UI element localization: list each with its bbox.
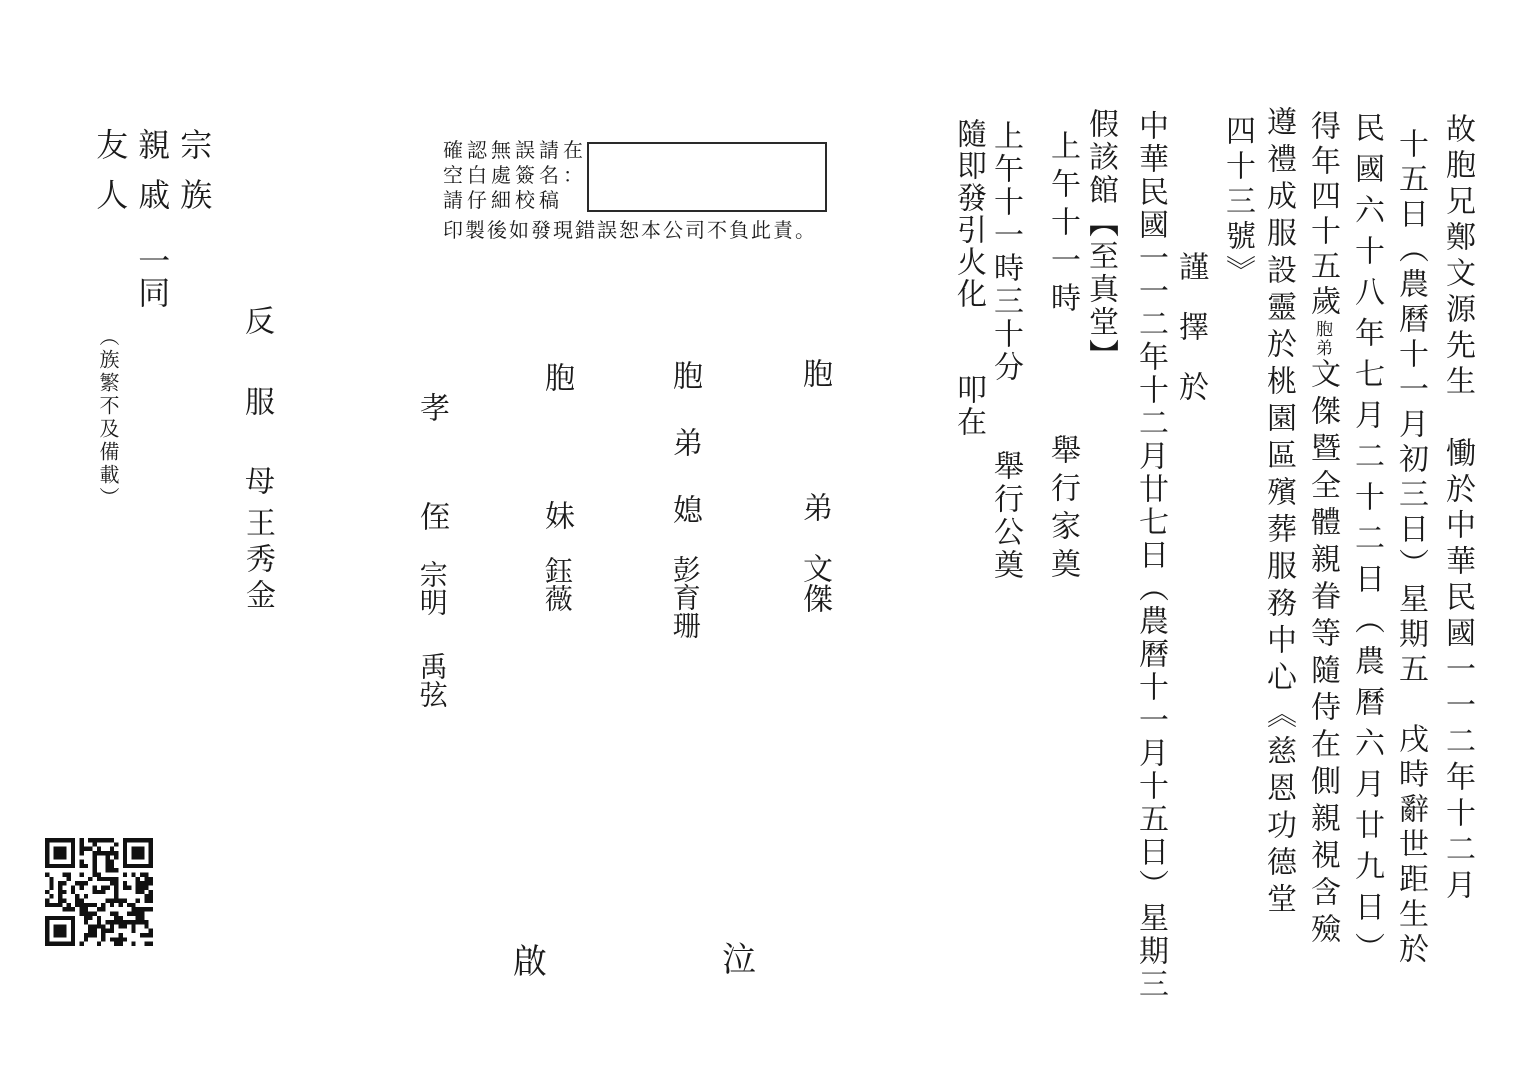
mourner-brother-wife-relation: 弟 — [668, 427, 701, 457]
obituary-line-2: 十五日（農曆十一月初三日）星期五 戌時辭世距生於 — [1394, 128, 1427, 968]
relatives-clan: 宗族 — [176, 128, 211, 228]
obituary-line-4-lead: 得年四十五歲 — [1305, 110, 1340, 320]
mourner-brother-wife-name: 彭育珊 — [669, 555, 700, 639]
obituary-line-9: 假該館【至真堂】 — [1084, 108, 1117, 372]
obituary-line-3: 民國六十八年七月二十二日（農曆六月廿九日） — [1350, 112, 1383, 973]
obituary-line-11: 上午十一時三十分 舉行公奠 — [989, 120, 1022, 582]
relatives-kin: 親戚 — [134, 128, 169, 228]
relatives-friends: 友人 — [92, 128, 127, 228]
mourner-brother-prefix: 胞 — [798, 358, 831, 388]
mourner-nephews-relation: 侄 — [415, 501, 448, 531]
obituary-line-4: 得年四十五歲胞弟文傑暨全體親眷等隨侍在側親視含殮 — [1306, 110, 1339, 950]
obituary-line-4-annotation: 胞弟 — [1312, 320, 1332, 358]
mourner-sister-name: 鈺薇 — [541, 556, 572, 612]
mourner-nephews-prefix: 孝 — [415, 392, 448, 422]
mourner-brother-name: 文傑 — [798, 553, 831, 613]
proof-note-disclaimer: 印製後如發現錯誤恕本公司不負此責。 — [443, 218, 817, 243]
obituary-line-12: 隨即發引火化 叩在 — [952, 118, 985, 438]
closing-weep: 泣 — [722, 932, 756, 981]
mourner-mother-relation2: 母 — [240, 465, 273, 495]
mourner-nephew-name-1: 宗明 — [416, 560, 447, 616]
obituary-line-6: 四十三號》 — [1221, 115, 1254, 290]
funeral-notice-sheet: 故胞兄鄭文源先生 慟於中華民國一一二年十二月 十五日（農曆十一月初三日）星期五 … — [0, 0, 1522, 1076]
signature-box[interactable] — [587, 142, 827, 212]
obituary-line-7: 謹 擇 於 — [1174, 251, 1207, 401]
mourner-sister-relation: 妹 — [540, 500, 573, 530]
mourner-sister-prefix: 胞 — [540, 362, 573, 392]
mourner-brother-wife-relation2: 媳 — [668, 494, 701, 524]
obituary-line-8: 中華民國一一二年十二月廿七日（農曆十一月十五日）星期三 — [1134, 110, 1167, 1001]
obituary-line-4-rest: 文傑暨全體親眷等隨侍在側親視含殮 — [1305, 358, 1340, 950]
closing-announce: 啟 — [513, 934, 547, 983]
qr-code — [45, 838, 153, 946]
relatives-together: 一同 — [134, 244, 169, 308]
mourner-brother-relation: 弟 — [798, 492, 831, 522]
mourner-mother-prefix: 反 — [240, 305, 273, 335]
mourner-mother-relation: 服 — [240, 386, 273, 416]
obituary-line-10: 上午十一時 舉行家奠 — [1046, 130, 1079, 586]
obituary-line-1: 故胞兄鄭文源先生 慟於中華民國一一二年十二月 — [1441, 113, 1474, 905]
mourner-brother-wife-prefix: 胞 — [668, 360, 701, 390]
obituary-line-5: 遵禮成服設靈於桃園區殯葬服務中心《慈恩功德堂 — [1262, 106, 1295, 920]
mourner-mother-name: 王秀金 — [241, 507, 274, 615]
mourner-nephew-name-2: 禹弦 — [416, 652, 447, 708]
relatives-note: （族繁不及備載） — [97, 326, 119, 510]
